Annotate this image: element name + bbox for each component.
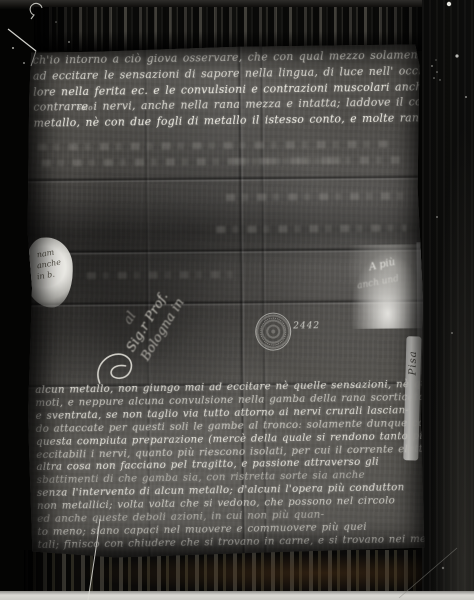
faded-writing-row [236,156,406,164]
plate-top-streak-texture [34,7,444,51]
scratch-line [8,29,36,51]
patch-text-line: anch und [356,270,423,292]
letter-document: ch'io intorno a ciò giova osservare, che… [25,44,425,558]
plate-bottom-paper-strip [0,591,474,600]
horizontal-fold [26,174,422,183]
handwriting-top-block: ch'io intorno a ciò giova osservare, che… [33,47,426,131]
plate-bottom-streak-texture [24,550,438,592]
plate-right-band [422,0,474,600]
archive-stamp [255,312,291,350]
handwriting-interline-insert: solo [77,104,93,112]
photographic-plate: ch'io intorno a ciò giova osservare, che… [0,0,474,600]
torn-patch-left: nam anche in b. [24,237,73,307]
faded-writing-row [38,141,394,151]
handwriting-lower-block: alcun metallo, non giungo mai ad eccitar… [35,379,430,553]
edge-label: Pisa [407,350,419,375]
torn-patch-right: A più anch und [345,244,424,329]
archive-number: 2442 [293,321,320,331]
dust-speck [23,62,25,64]
dust-speck [12,47,14,49]
